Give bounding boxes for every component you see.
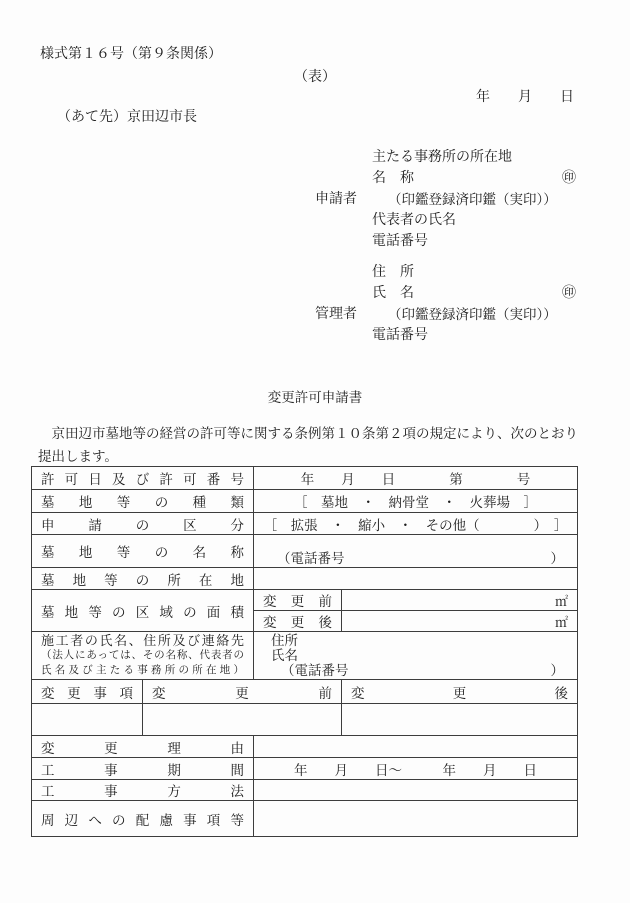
period-row: 工事期間 年 月 日～ 年 月 日 bbox=[32, 758, 578, 780]
application-table: 許可日及び許可番号 年 月 日 第 号 墓地等の種類 ［ 墓地 ・ 納骨堂 ・ … bbox=[31, 466, 578, 837]
intro-paragraph: 京田辺市墓地等の経営の許可等に関する条例第１０条第２項の規定により、次のとおり … bbox=[38, 423, 583, 468]
category-row-label: 申請の区分 bbox=[32, 513, 254, 535]
contractor-row-value: 住所 氏名 （電話番号 ） bbox=[254, 632, 578, 680]
manager-phone-label: 電話番号 bbox=[372, 325, 576, 346]
manager-role-label: 管理者 bbox=[315, 304, 357, 325]
area-after-unit: ㎡ bbox=[342, 611, 578, 632]
applicant-office-address-label: 主たる事務所の所在地 bbox=[372, 147, 576, 168]
change-after-label: 変更後 bbox=[342, 680, 578, 704]
manager-seal-mark: ㊞ bbox=[562, 283, 576, 304]
applicant-name-line: 名 称 ㊞ bbox=[372, 168, 576, 189]
manager-address-label: 住 所 bbox=[372, 262, 576, 283]
area-before-unit: ㎡ bbox=[342, 590, 578, 611]
applicant-block: 主たる事務所の所在地 名 称 ㊞ （印鑑登録済印鑑（実印）） 代表者の氏名 電話… bbox=[372, 147, 576, 252]
reason-row-value bbox=[254, 736, 578, 758]
addressee: （あて先）京田辺市長 bbox=[57, 109, 197, 128]
reason-row-label: 変更理由 bbox=[32, 736, 254, 758]
period-row-label: 工事期間 bbox=[32, 758, 254, 780]
type-row-value: ［ 墓地 ・ 納骨堂 ・ 火葬場 ］ bbox=[254, 490, 578, 513]
applicant-name-label: 名 称 bbox=[372, 168, 414, 189]
surroundings-row-value bbox=[254, 801, 578, 837]
surroundings-row-label: 周辺への配慮事項等 bbox=[32, 801, 254, 837]
location-row-value bbox=[254, 568, 578, 590]
name-row-value: （電話番号 ） bbox=[254, 535, 578, 568]
manager-seal-note: （印鑑登録済印鑑（実印）） bbox=[372, 304, 576, 325]
change-item-label: 変更事項 bbox=[32, 680, 143, 704]
contractor-label-note2: 氏名及び主たる事務所の所在地） bbox=[41, 664, 244, 679]
type-row-label: 墓地等の種類 bbox=[32, 490, 254, 513]
applicant-role-label: 申請者 bbox=[315, 189, 357, 210]
document-title: 変更許可申請書 bbox=[0, 389, 630, 407]
contractor-label-note1: （法人にあっては、その名称、代表者の bbox=[41, 649, 244, 664]
contractor-row: 施工者の氏名、住所及び連絡先 （法人にあっては、その名称、代表者の 氏名及び主た… bbox=[32, 632, 578, 680]
contractor-address-label: 住所 bbox=[263, 633, 568, 648]
applicant-phone-label: 電話番号 bbox=[372, 231, 576, 252]
name-row-phone-suffix: ） bbox=[551, 547, 565, 567]
method-row-value bbox=[254, 780, 578, 801]
area-before-label: 変更前 bbox=[254, 590, 342, 611]
manager-block: 住 所 氏 名 ㊞ （印鑑登録済印鑑（実印）） 電話番号 bbox=[372, 262, 576, 346]
front-side-label: （表） bbox=[0, 69, 630, 88]
manager-name-line: 氏 名 ㊞ bbox=[372, 283, 576, 304]
manager-name-label: 氏 名 bbox=[372, 283, 414, 304]
applicant-seal-mark: ㊞ bbox=[562, 168, 576, 189]
category-row: 申請の区分 ［ 拡張 ・ 縮小 ・ その他（ ） ］ bbox=[32, 513, 578, 535]
contractor-label-main: 施工者の氏名、住所及び連絡先 bbox=[41, 633, 244, 649]
method-row: 工事方法 bbox=[32, 780, 578, 801]
form-number: 様式第１６号（第９条関係） bbox=[40, 46, 222, 65]
area-after-label: 変更後 bbox=[254, 611, 342, 632]
change-entry-row bbox=[32, 704, 578, 736]
type-row: 墓地等の種類 ［ 墓地 ・ 納骨堂 ・ 火葬場 ］ bbox=[32, 490, 578, 513]
applicant-representative-label: 代表者の氏名 bbox=[372, 210, 576, 231]
change-item-cell bbox=[32, 704, 143, 736]
reason-row: 変更理由 bbox=[32, 736, 578, 758]
name-row: 墓地等の名称 （電話番号 ） bbox=[32, 535, 578, 568]
permit-row-label: 許可日及び許可番号 bbox=[32, 467, 254, 490]
date-line: 年 月 日 bbox=[476, 89, 574, 108]
change-before-label: 変更前 bbox=[143, 680, 342, 704]
period-row-value: 年 月 日～ 年 月 日 bbox=[254, 758, 578, 780]
change-after-cell bbox=[342, 704, 578, 736]
permit-row: 許可日及び許可番号 年 月 日 第 号 bbox=[32, 467, 578, 490]
method-row-label: 工事方法 bbox=[32, 780, 254, 801]
surroundings-row: 周辺への配慮事項等 bbox=[32, 801, 578, 837]
location-row-label: 墓地等の所在地 bbox=[32, 568, 254, 590]
contractor-name-label: 氏名 bbox=[263, 648, 568, 663]
name-row-phone-prefix: （電話番号 bbox=[277, 547, 345, 567]
contractor-row-label: 施工者の氏名、住所及び連絡先 （法人にあっては、その名称、代表者の 氏名及び主た… bbox=[32, 632, 254, 680]
contractor-phone-suffix: ） bbox=[551, 663, 565, 678]
change-before-cell bbox=[143, 704, 342, 736]
applicant-seal-note: （印鑑登録済印鑑（実印）） bbox=[372, 189, 576, 210]
intro-line-1: 京田辺市墓地等の経営の許可等に関する条例第１０条第２項の規定により、次のとおり bbox=[38, 423, 583, 446]
permit-row-value: 年 月 日 第 号 bbox=[254, 467, 578, 490]
area-row-label: 墓地等の区域の面積 bbox=[32, 590, 254, 632]
location-row: 墓地等の所在地 bbox=[32, 568, 578, 590]
change-header-row: 変更事項 変更前 変更後 bbox=[32, 680, 578, 704]
category-row-value: ［ 拡張 ・ 縮小 ・ その他（ ） ］ bbox=[254, 513, 578, 535]
intro-line-2: 提出します。 bbox=[38, 446, 583, 469]
name-row-label: 墓地等の名称 bbox=[32, 535, 254, 568]
area-row-before: 墓地等の区域の面積 変更前 ㎡ bbox=[32, 590, 578, 611]
contractor-phone-prefix: （電話番号 bbox=[281, 663, 349, 678]
